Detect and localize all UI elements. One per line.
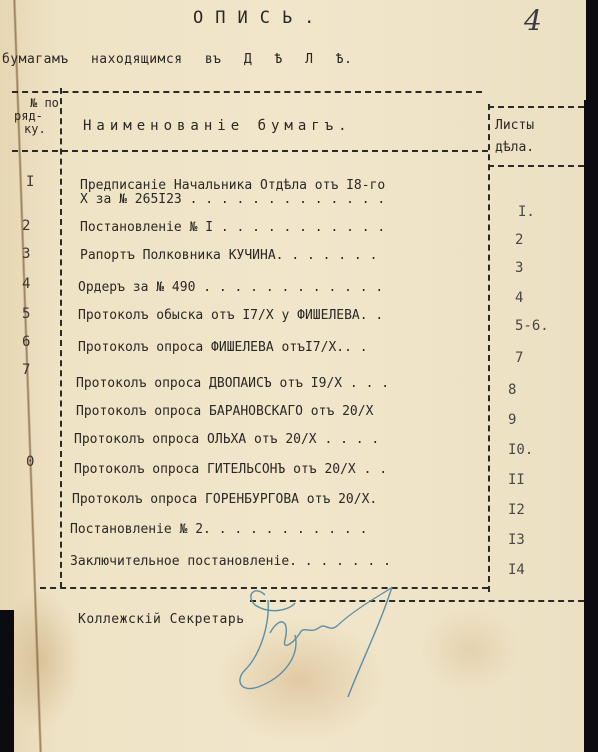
sheets-column-divider — [488, 104, 490, 592]
row-page: I2 — [508, 502, 525, 518]
row-number: 5 — [22, 306, 30, 322]
subtitle-text: бумагамъ находящимся въ Д Ѣ Л Ѣ. — [2, 52, 352, 67]
row-text: Протоколъ опроса ФИШЕЛЕВА отъI7/X.. . — [78, 340, 368, 355]
row-number: 7 — [22, 362, 30, 378]
document-page: 4 ОПИСЬ. бумагамъ находящимся въ Д Ѣ Л Ѣ… — [0, 0, 586, 752]
row-page: I. — [518, 204, 535, 220]
row-number: I — [26, 174, 34, 190]
row-number: 0 — [26, 454, 34, 470]
row-number: 2 — [22, 218, 30, 234]
number-column-divider — [60, 88, 62, 588]
row-number: 6 — [22, 334, 30, 350]
row-text: Постановленіе № 2. . . . . . . . . . . — [70, 522, 367, 537]
signature-label: Коллежскій Секретарь — [78, 612, 245, 627]
row-page: 5-6. — [515, 318, 549, 334]
row-text: Протоколъ опроса ГИТЕЛЬСОНЪ отъ 20/X . . — [74, 462, 387, 477]
row-number: 3 — [22, 246, 30, 262]
handwritten-signature — [230, 585, 410, 700]
row-page: 3 — [515, 260, 523, 276]
document-subtitle: бумагамъ находящимся въ Д Ѣ Л Ѣ. — [2, 52, 352, 67]
folio-number: 4 — [524, 4, 542, 37]
row-page: 4 — [515, 290, 523, 306]
row-text: Рапортъ Полковника КУЧИНА. . . . . . . — [80, 248, 377, 263]
row-text: Протоколъ обыска отъ I7/X у ФИШЕЛЕВА. . — [78, 308, 383, 323]
row-text: Предписаніе Начальника Отдѣла отъ I8-го — [80, 178, 385, 193]
table-top-border — [12, 91, 482, 93]
row-text: Протоколъ опроса ОЛЬХА отъ 20/X . . . . — [74, 432, 379, 447]
row-page: 2 — [515, 232, 523, 248]
header-sheets: Листы дѣла. — [495, 112, 534, 162]
header-number-line-3: ку. — [24, 123, 59, 136]
background-corner — [0, 610, 14, 752]
sheets-header-bottom-border — [488, 165, 584, 167]
header-number: № по ряд- ку. — [30, 97, 59, 136]
sheets-header-top-border — [488, 106, 584, 108]
row-text: Постановленіе № I . . . . . . . . . . . — [80, 220, 385, 235]
row-text: Ордеръ за № 490 . . . . . . . . . . . . — [78, 280, 383, 295]
row-page: I4 — [508, 562, 525, 578]
document-title: ОПИСЬ. — [193, 8, 326, 28]
header-sheets-line-2: дѣла. — [495, 134, 534, 162]
row-text-continued: X за № 265I23 . . . . . . . . . . . . . — [80, 192, 385, 207]
row-text: Заключительное постановленіе. . . . . . … — [70, 554, 391, 569]
row-text: Протоколъ опроса БАРАНОВСКАГО отъ 20/X — [76, 404, 373, 419]
row-page: 7 — [515, 350, 523, 366]
row-page: 8 — [508, 382, 516, 398]
row-text: Протоколъ опроса ДВОПАИСЪ отъ I9/X . . . — [76, 376, 389, 391]
row-page: I0. — [508, 442, 533, 458]
background-edge — [584, 100, 598, 752]
row-number: 4 — [22, 276, 30, 292]
row-page: II — [508, 472, 525, 488]
header-name: Наименованіе бумагъ. — [83, 118, 352, 134]
row-page: I3 — [508, 532, 525, 548]
header-bottom-border — [12, 150, 488, 152]
row-text: Протоколъ опроса ГОРЕНБУРГОВА отъ 20/X. — [72, 492, 377, 507]
row-page: 9 — [508, 412, 516, 428]
